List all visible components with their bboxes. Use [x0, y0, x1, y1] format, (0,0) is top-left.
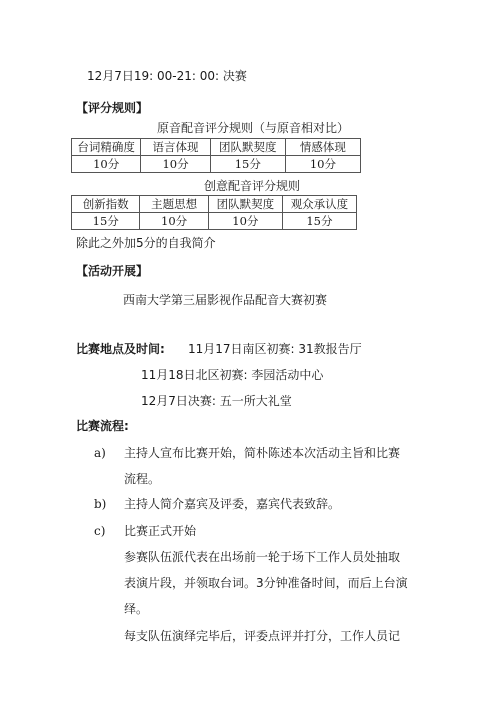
table2-title: 创意配音评分规则 — [204, 179, 300, 193]
table-header-row: 台词精确度 语言体现 团队默契度 情感体现 — [72, 139, 361, 156]
final-schedule-line: 12月7日19: 00-21: 00: 决赛 — [87, 69, 247, 83]
extra-note: 除此之外加5分的自我简介 — [76, 236, 216, 250]
table-cell: 10分 — [208, 213, 282, 230]
step-text: 参赛队伍派代表在出场前一轮于场下工作人员处抽取 — [124, 550, 400, 564]
venue-label: 比赛地点及时间: — [76, 342, 165, 356]
table-header-cell: 观众承认度 — [282, 196, 356, 213]
step-text: 主持人简介嘉宾及评委，嘉宾代表致辞。 — [124, 497, 340, 511]
step-marker: b) — [94, 497, 106, 511]
original-dubbing-score-table: 台词精确度 语言体现 团队默契度 情感体现 10分 10分 15分 10分 — [71, 138, 361, 173]
table-header-row: 创新指数 主题思想 团队默契度 观众承认度 — [72, 196, 357, 213]
table-header-cell: 台词精确度 — [72, 139, 141, 156]
table1-title: 原音配音评分规则（与原音相对比） — [157, 121, 349, 135]
table-header-cell: 创新指数 — [72, 196, 140, 213]
table-header-cell: 团队默契度 — [210, 139, 285, 156]
step-text: 流程。 — [124, 472, 160, 486]
table-cell: 15分 — [210, 156, 285, 173]
table-cell: 15分 — [282, 213, 356, 230]
step-text: 比赛正式开始 — [124, 524, 196, 538]
step-marker: c) — [94, 524, 105, 538]
step-text: 主持人宣布比赛开始，简朴陈述本次活动主旨和比赛 — [124, 446, 400, 460]
table-cell: 15分 — [72, 213, 140, 230]
table-header-cell: 主题思想 — [140, 196, 208, 213]
venue-item: 11月18日北区初赛: 李园活动中心 — [141, 368, 323, 382]
table-cell: 10分 — [141, 156, 210, 173]
activity-heading: 【活动开展】 — [76, 264, 148, 278]
venue-item: 11月17日南区初赛: 31教报告厅 — [188, 342, 362, 356]
creative-dubbing-score-table: 创新指数 主题思想 团队默契度 观众承认度 15分 10分 10分 15分 — [71, 195, 357, 230]
table-header-cell: 情感体现 — [285, 139, 360, 156]
table-header-cell: 语言体现 — [141, 139, 210, 156]
scoring-heading: 【评分规则】 — [76, 101, 148, 115]
table-cell: 10分 — [140, 213, 208, 230]
process-label: 比赛流程: — [76, 419, 129, 433]
venue-item: 12月7日决赛: 五一所大礼堂 — [141, 394, 292, 408]
event-title: 西南大学第三届影视作品配音大赛初赛 — [123, 293, 327, 307]
table-cell: 10分 — [285, 156, 360, 173]
step-text: 绎。 — [124, 602, 148, 616]
table-header-cell: 团队默契度 — [208, 196, 282, 213]
step-text: 表演片段，并领取台词。3分钟准备时间，而后上台演 — [124, 576, 408, 590]
table-row: 10分 10分 15分 10分 — [72, 156, 361, 173]
step-marker: a) — [94, 446, 106, 460]
table-row: 15分 10分 10分 15分 — [72, 213, 357, 230]
table-cell: 10分 — [72, 156, 141, 173]
step-text: 每支队伍演绎完毕后，评委点评并打分，工作人员记 — [124, 629, 400, 643]
